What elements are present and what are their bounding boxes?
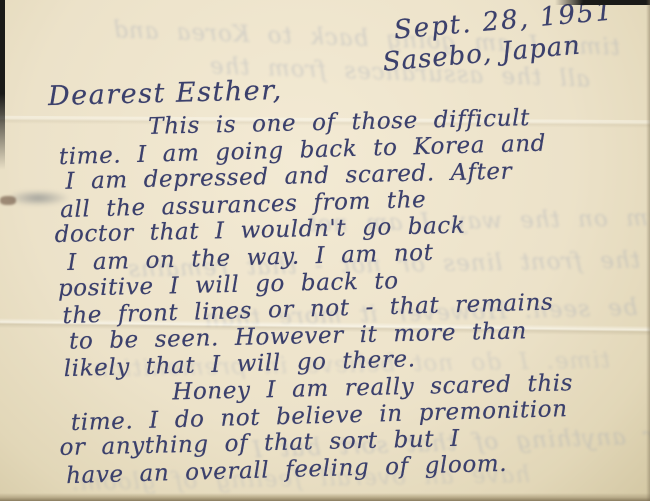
date-block: Sept. 28, 1951 Sasebo, Japan <box>393 0 618 76</box>
salutation: Dearest Esther, <box>48 75 283 112</box>
scan-edge-bottom <box>0 493 650 501</box>
letter-body: This is one of those difficult time. I a… <box>52 104 575 488</box>
scan-edge-left <box>0 0 5 170</box>
paper-stain <box>0 196 16 205</box>
scanned-letter-page: time. I am going back to Korea and all t… <box>0 0 650 501</box>
scan-edge-right <box>646 0 650 501</box>
